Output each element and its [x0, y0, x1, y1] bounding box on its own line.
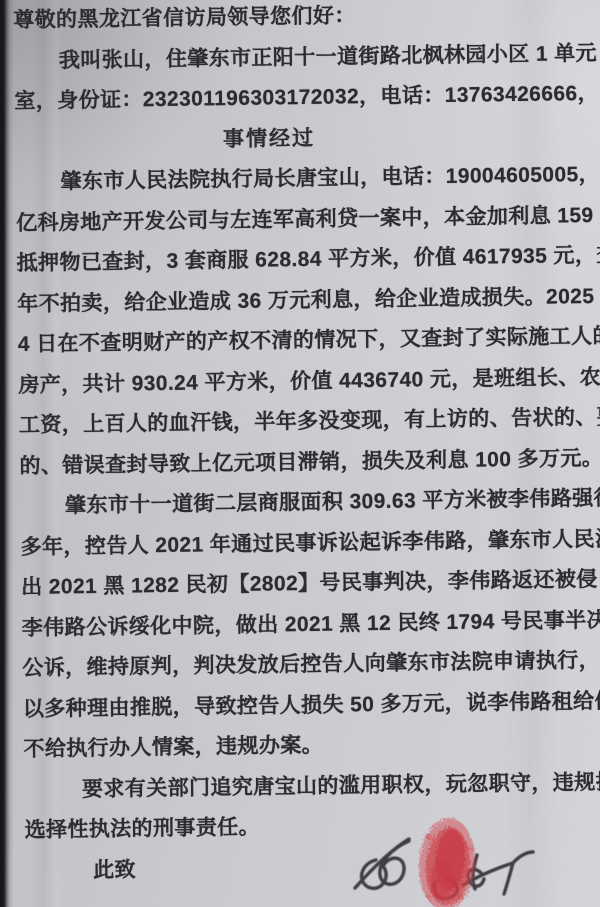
letter-line: 肇东市十一道街二层商服面积 309.63 平方米被李伟路强行侵占 [20, 479, 587, 527]
letter-line: 以多种理由推脱，导致控告人损失 50 多万元，说李伟路租给他人， [23, 682, 590, 730]
letter-body: 尊敬的黑龙江省信访局领导您们好： 我叫张山，住肇东市正阳十一道街路北枫林园小区 … [13, 0, 591, 892]
petition-letter-photo: 尊敬的黑龙江省信访局领导您们好： 我叫张山，住肇东市正阳十一道街路北枫林园小区 … [0, 0, 600, 907]
letter-line: 4 日在不查明财产的产权不清的情况下，又查封了实际施工人的 9 套 [18, 317, 585, 365]
letter-line: 要求有关部门追究唐宝山的滥用职权，玩忽职守，违规执法， [24, 763, 591, 811]
letter-line: 抵押物已查封，3 套商服 628.84 平方米，价值 4617935 元，查封 … [16, 236, 583, 284]
letter-line: 室，身份证：232301196303172032，电话：13763426666， [14, 74, 581, 122]
letter-line: 公诉，维持原判，判决发放后控告人向肇东市法院申请执行，唐宝山 [22, 641, 589, 689]
letter-line: 工资，上百人的血汗钱，半年多没变现，有上访的、告状的、要上吊 [19, 398, 586, 446]
signature-block [335, 808, 560, 907]
letter-line: 出 2021 黑 1282 民初【2802】号民事判决，李伟路返还被侵占楼房， [21, 560, 588, 608]
red-fingerprint [416, 816, 478, 907]
letter-line: 肇东市人民法院执行局长唐宝山，电话：19004605005，在执行 [15, 155, 582, 203]
page-left-edge-shadow [0, 0, 14, 907]
